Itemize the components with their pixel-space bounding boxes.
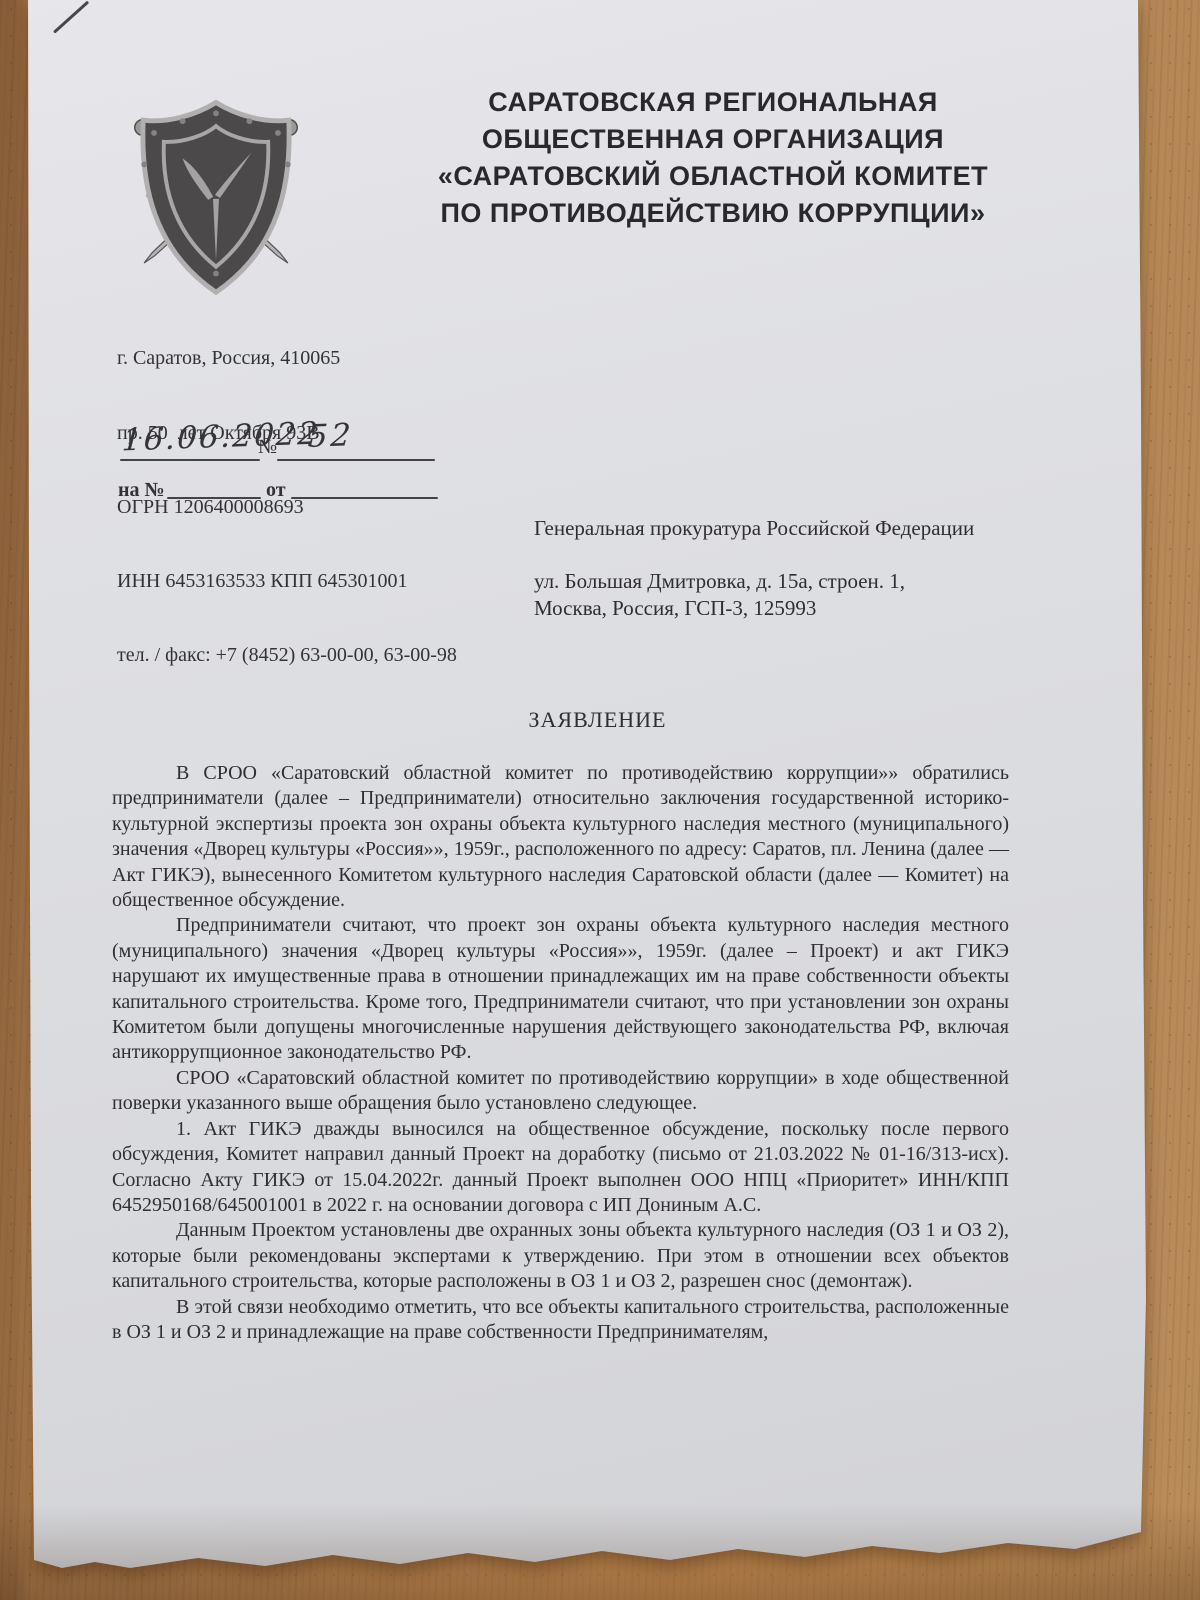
incoming-number-label: на № — [118, 479, 165, 502]
recipient-address-line: ул. Большая Дмитровка, д. 15а, строен. 1… — [534, 568, 1014, 595]
recipient-block: Генеральная прокуратура Российской Федер… — [534, 515, 1014, 622]
body-paragraph: Предприниматели считают, что проект зон … — [112, 913, 1009, 1065]
body-paragraph: СРОО «Саратовский областной комитет по п… — [112, 1066, 1009, 1117]
org-name-line: «САРАТОВСКИЙ ОБЛАСТНОЙ КОМИТЕТ — [368, 158, 1058, 195]
photographed-letter-on-wooden-table: САРАТОВСКАЯ РЕГИОНАЛЬНАЯ ОБЩЕСТВЕННАЯ ОР… — [0, 0, 1200, 1600]
document-title: ЗАЯВЛЕНИЕ — [150, 707, 1045, 733]
org-requisites-block: г. Саратов, Россия, 410065 пр. 50 лет Ок… — [117, 297, 457, 717]
shield-icon — [141, 102, 290, 292]
body-paragraph: В этой связи необходимо отметить, что вс… — [112, 1295, 1009, 1346]
org-name-line: САРАТОВСКАЯ РЕГИОНАЛЬНАЯ — [368, 84, 1058, 121]
number-underline — [277, 459, 435, 461]
incoming-number-underline — [167, 497, 261, 499]
org-name-line: ОБЩЕСТВЕННАЯ ОРГАНИЗАЦИЯ — [368, 121, 1058, 158]
number-sign-label: № — [258, 436, 277, 459]
body-paragraph: В СРОО «Саратовский областной комитет по… — [112, 761, 1009, 913]
org-city-line: г. Саратов, Россия, 410065 — [117, 346, 457, 371]
org-name-line: ПО ПРОТИВОДЕЙСТВИЮ КОРРУПЦИИ» — [368, 195, 1058, 232]
incoming-date-label: от — [266, 479, 286, 502]
org-inn-kpp-line: ИНН 6453163533 КПП 645301001 — [117, 569, 457, 594]
incoming-date-underline — [291, 497, 438, 499]
handwritten-outgoing-number: 52 — [307, 417, 355, 455]
pen-stroke-mark — [53, 1, 89, 34]
handwritten-date: 16.06.2022 — [121, 415, 321, 458]
recipient-name: Генеральная прокуратура Российской Федер… — [534, 515, 1014, 541]
body-paragraph: Данным Проектом установлены две охранных… — [112, 1218, 1009, 1294]
recipient-address-line: Москва, Россия, ГСП-3, 125993 — [534, 595, 1014, 622]
org-name-block: САРАТОВСКАЯ РЕГИОНАЛЬНАЯ ОБЩЕСТВЕННАЯ ОР… — [368, 84, 1058, 232]
body-paragraph: 1. Акт ГИКЭ дважды выносился на обществе… — [112, 1117, 1009, 1219]
paper-sheet: САРАТОВСКАЯ РЕГИОНАЛЬНАЯ ОБЩЕСТВЕННАЯ ОР… — [0, 0, 1200, 1600]
document-body: В СРОО «Саратовский областной комитет по… — [112, 761, 1009, 1345]
shield-crossed-swords-logo — [98, 70, 334, 311]
org-phone-line: тел. / факс: +7 (8452) 63-00-00, 63-00-9… — [117, 643, 457, 668]
date-underline — [120, 459, 260, 461]
paper-sheet-shadow: САРАТОВСКАЯ РЕГИОНАЛЬНАЯ ОБЩЕСТВЕННАЯ ОР… — [0, 0, 1200, 1600]
